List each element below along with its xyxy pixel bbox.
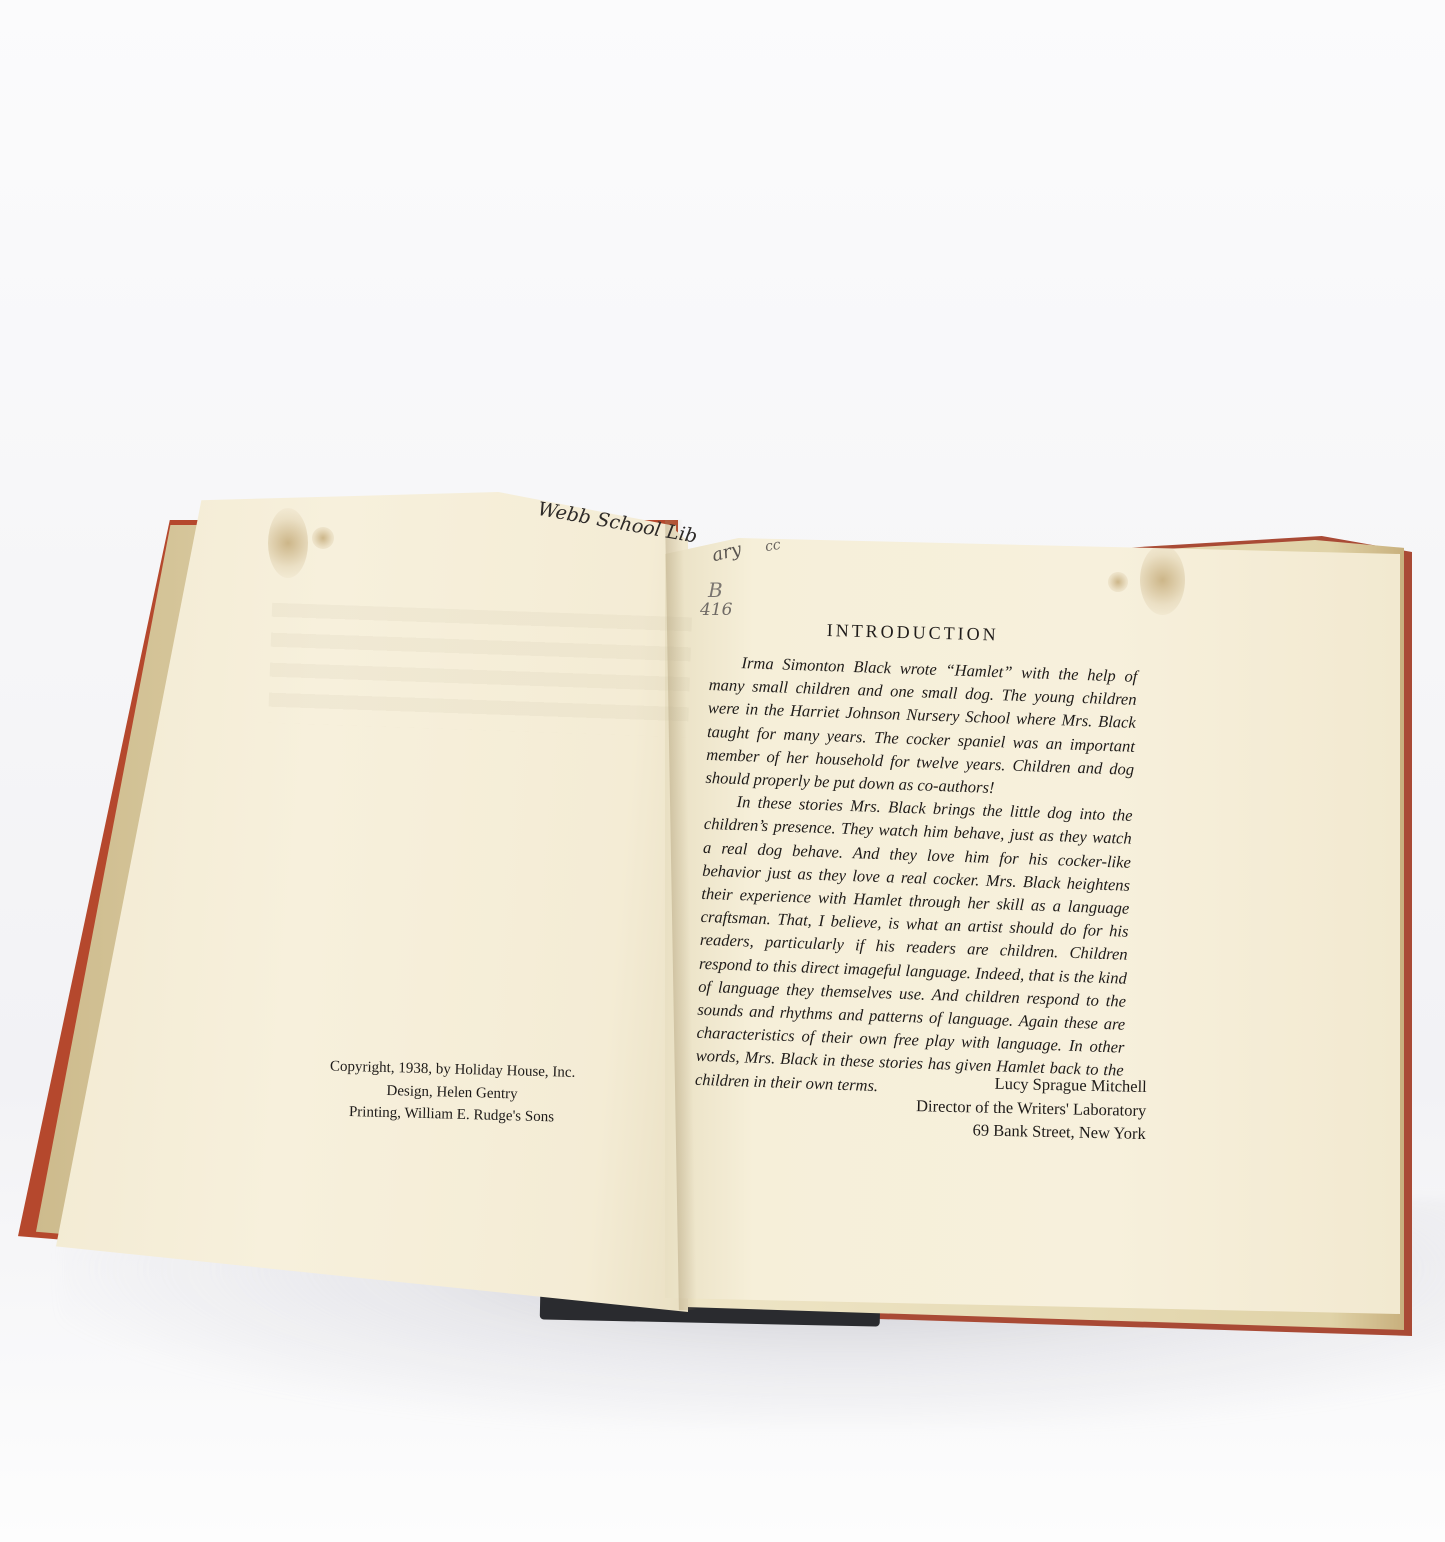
introduction-signature: Lucy Sprague Mitchell Director of the Wr…	[864, 1069, 1147, 1145]
foxing-stain-left	[268, 508, 308, 578]
handwritten-call-letter: B	[708, 578, 723, 602]
bleed-through-text	[268, 603, 692, 738]
introduction-heading: INTRODUCTION	[826, 620, 998, 645]
copyright-colophon: Copyright, 1938, by Holiday House, Inc. …	[310, 1055, 594, 1130]
intro-paragraph-1: Irma Simonton Black wrote “Hamlet” with …	[705, 650, 1138, 804]
introduction-body: Irma Simonton Black wrote “Hamlet” with …	[695, 650, 1138, 1106]
photo-scene: Webb School Lib ary cc B 416 INTRODUCTIO…	[0, 0, 1445, 1542]
foxing-stain-left-small	[312, 527, 334, 549]
foxing-stain-right-small	[1108, 572, 1128, 592]
handwritten-call-number: 416	[700, 600, 732, 620]
intro-paragraph-2: In these stories Mrs. Black brings the l…	[695, 789, 1133, 1105]
handwritten-mark: cc	[764, 537, 782, 555]
foxing-stain-right	[1140, 545, 1185, 615]
